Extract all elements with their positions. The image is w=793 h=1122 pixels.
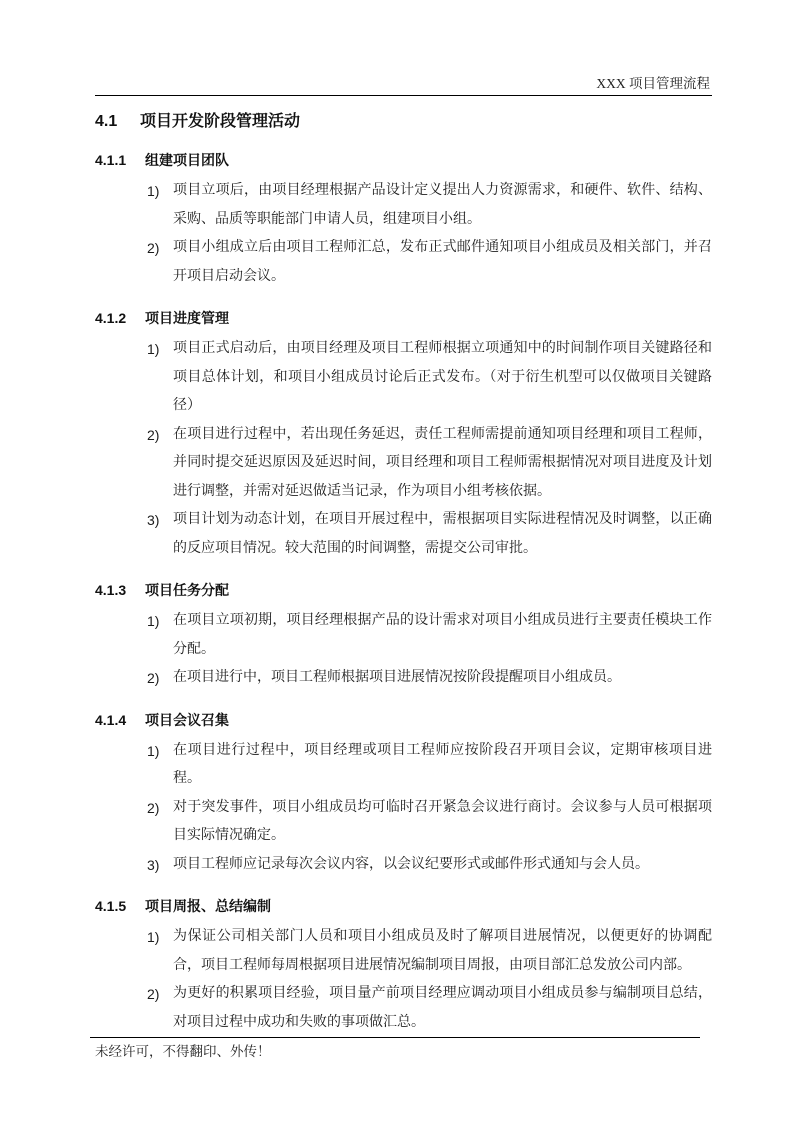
list-item: 1) 项目立项后，由项目经理根据产品设计定义提出人力资源需求，和硬件、软件、结构… — [95, 177, 712, 234]
list-item-text: 对于突发事件，项目小组成员均可临时召开紧急会议进行商讨。会议参与人员可根据项目实… — [173, 800, 712, 844]
subsection-number: 4.1.4 — [95, 711, 145, 730]
list-item-text: 项目正式启动后，由项目经理及项目工程师根据立项通知中的时间制作项目关键路径和项目… — [173, 341, 712, 413]
list-item: 1) 在项目立项初期，项目经理根据产品的设计需求对项目小组成员进行主要责任模块工… — [95, 607, 712, 664]
subsection-heading: 4.1.4项目会议召集 — [95, 711, 712, 730]
list-item-text: 在项目进行中，项目工程师根据项目进展情况按阶段提醒项目小组成员。 — [173, 670, 621, 685]
list-item: 2) 在项目进行中，项目工程师根据项目进展情况按阶段提醒项目小组成员。 — [95, 664, 712, 693]
section-4-1-5: 4.1.5项目周报、总结编制 1) 为保证公司相关部门人员和项目小组成员及时了解… — [95, 897, 712, 1037]
list-item-text: 在项目进行过程中，项目经理或项目工程师应按阶段召开项目会议，定期审核项目进程。 — [173, 743, 712, 787]
page-footer: 未经许可，不得翻印、外传！ — [90, 1037, 700, 1061]
subsection-title: 组建项目团队 — [145, 152, 229, 168]
subsection-number: 4.1.5 — [95, 897, 145, 916]
list-item: 2) 项目小组成立后由项目工程师汇总，发布正式邮件通知项目小组成员及相关部门，并… — [95, 234, 712, 291]
subsection-number: 4.1.1 — [95, 151, 145, 170]
header-rule — [95, 95, 712, 96]
footer-text: 未经许可，不得翻印、外传！ — [90, 1043, 271, 1061]
list-item-number: 1) — [147, 335, 159, 364]
subsection-heading: 4.1.5项目周报、总结编制 — [95, 897, 712, 916]
chapter-number: 4.1 — [95, 111, 140, 133]
list-item-number: 2) — [147, 421, 159, 450]
subsection-heading: 4.1.1组建项目团队 — [95, 151, 712, 170]
list-item: 2) 在项目进行过程中，若出现任务延迟，责任工程师需提前通知项目经理和项目工程师… — [95, 421, 712, 507]
list-item-number: 2) — [147, 664, 159, 693]
list-item-number: 3) — [147, 506, 159, 535]
list-item-text: 为保证公司相关部门人员和项目小组成员及时了解项目进展情况，以便更好的协调配合，项… — [173, 929, 712, 973]
subsection-title: 项目周报、总结编制 — [145, 898, 271, 914]
subsection-heading: 4.1.3项目任务分配 — [95, 581, 712, 600]
list-item: 3) 项目工程师应记录每次会议内容，以会议纪要形式或邮件形式通知与会人员。 — [95, 851, 712, 880]
chapter-heading: 4.1项目开发阶段管理活动 — [95, 111, 712, 133]
subsection-number: 4.1.3 — [95, 581, 145, 600]
list-item-text: 在项目进行过程中，若出现任务延迟，责任工程师需提前通知项目经理和项目工程师，并同… — [173, 427, 712, 499]
list-item-text: 项目工程师应记录每次会议内容，以会议纪要形式或邮件形式通知与会人员。 — [173, 857, 649, 872]
subsection-title: 项目会议召集 — [145, 712, 229, 728]
chapter-title-text: 项目开发阶段管理活动 — [140, 113, 300, 130]
list-item: 1) 项目正式启动后，由项目经理及项目工程师根据立项通知中的时间制作项目关键路径… — [95, 335, 712, 421]
subsection-title: 项目进度管理 — [145, 310, 229, 326]
page-header: XXX 项目管理流程 — [95, 75, 710, 92]
list-item-number: 2) — [147, 980, 159, 1009]
list-item: 3) 项目计划为动态计划，在项目开展过程中，需根据项目实际进程情况及时调整，以正… — [95, 506, 712, 563]
list-item: 1) 在项目进行过程中，项目经理或项目工程师应按阶段召开项目会议，定期审核项目进… — [95, 737, 712, 794]
header-title: XXX 项目管理流程 — [596, 76, 710, 91]
list-item-number: 3) — [147, 851, 159, 880]
list-item: 2) 对于突发事件，项目小组成员均可临时召开紧急会议进行商讨。会议参与人员可根据… — [95, 794, 712, 851]
list-item-number: 1) — [147, 607, 159, 636]
document-body: 4.1项目开发阶段管理活动 4.1.1组建项目团队 1) 项目立项后，由项目经理… — [95, 108, 712, 1037]
list-item-number: 2) — [147, 794, 159, 823]
section-4-1-3: 4.1.3项目任务分配 1) 在项目立项初期，项目经理根据产品的设计需求对项目小… — [95, 581, 712, 693]
subsection-heading: 4.1.2项目进度管理 — [95, 309, 712, 328]
document-page: XXX 项目管理流程 4.1项目开发阶段管理活动 4.1.1组建项目团队 1) … — [0, 0, 793, 1122]
list-item-number: 2) — [147, 234, 159, 263]
subsection-number: 4.1.2 — [95, 309, 145, 328]
list-item: 2) 为更好的积累项目经验，项目量产前项目经理应调动项目小组成员参与编制项目总结… — [95, 980, 712, 1037]
list-item-text: 项目立项后，由项目经理根据产品设计定义提出人力资源需求，和硬件、软件、结构、采购… — [173, 183, 712, 227]
section-4-1-4: 4.1.4项目会议召集 1) 在项目进行过程中，项目经理或项目工程师应按阶段召开… — [95, 711, 712, 880]
list-item-number: 1) — [147, 177, 159, 206]
list-item-number: 1) — [147, 737, 159, 766]
list-item-text: 项目小组成立后由项目工程师汇总，发布正式邮件通知项目小组成员及相关部门，并召开项… — [173, 240, 712, 284]
list-item-text: 项目计划为动态计划，在项目开展过程中，需根据项目实际进程情况及时调整，以正确的反… — [173, 512, 712, 556]
list-item-number: 1) — [147, 923, 159, 952]
section-4-1-2: 4.1.2项目进度管理 1) 项目正式启动后，由项目经理及项目工程师根据立项通知… — [95, 309, 712, 563]
list-item-text: 为更好的积累项目经验，项目量产前项目经理应调动项目小组成员参与编制项目总结，对项… — [173, 986, 712, 1030]
list-item-text: 在项目立项初期，项目经理根据产品的设计需求对项目小组成员进行主要责任模块工作分配… — [173, 613, 712, 657]
subsection-title: 项目任务分配 — [145, 582, 229, 598]
section-4-1-1: 4.1.1组建项目团队 1) 项目立项后，由项目经理根据产品设计定义提出人力资源… — [95, 151, 712, 291]
list-item: 1) 为保证公司相关部门人员和项目小组成员及时了解项目进展情况，以便更好的协调配… — [95, 923, 712, 980]
